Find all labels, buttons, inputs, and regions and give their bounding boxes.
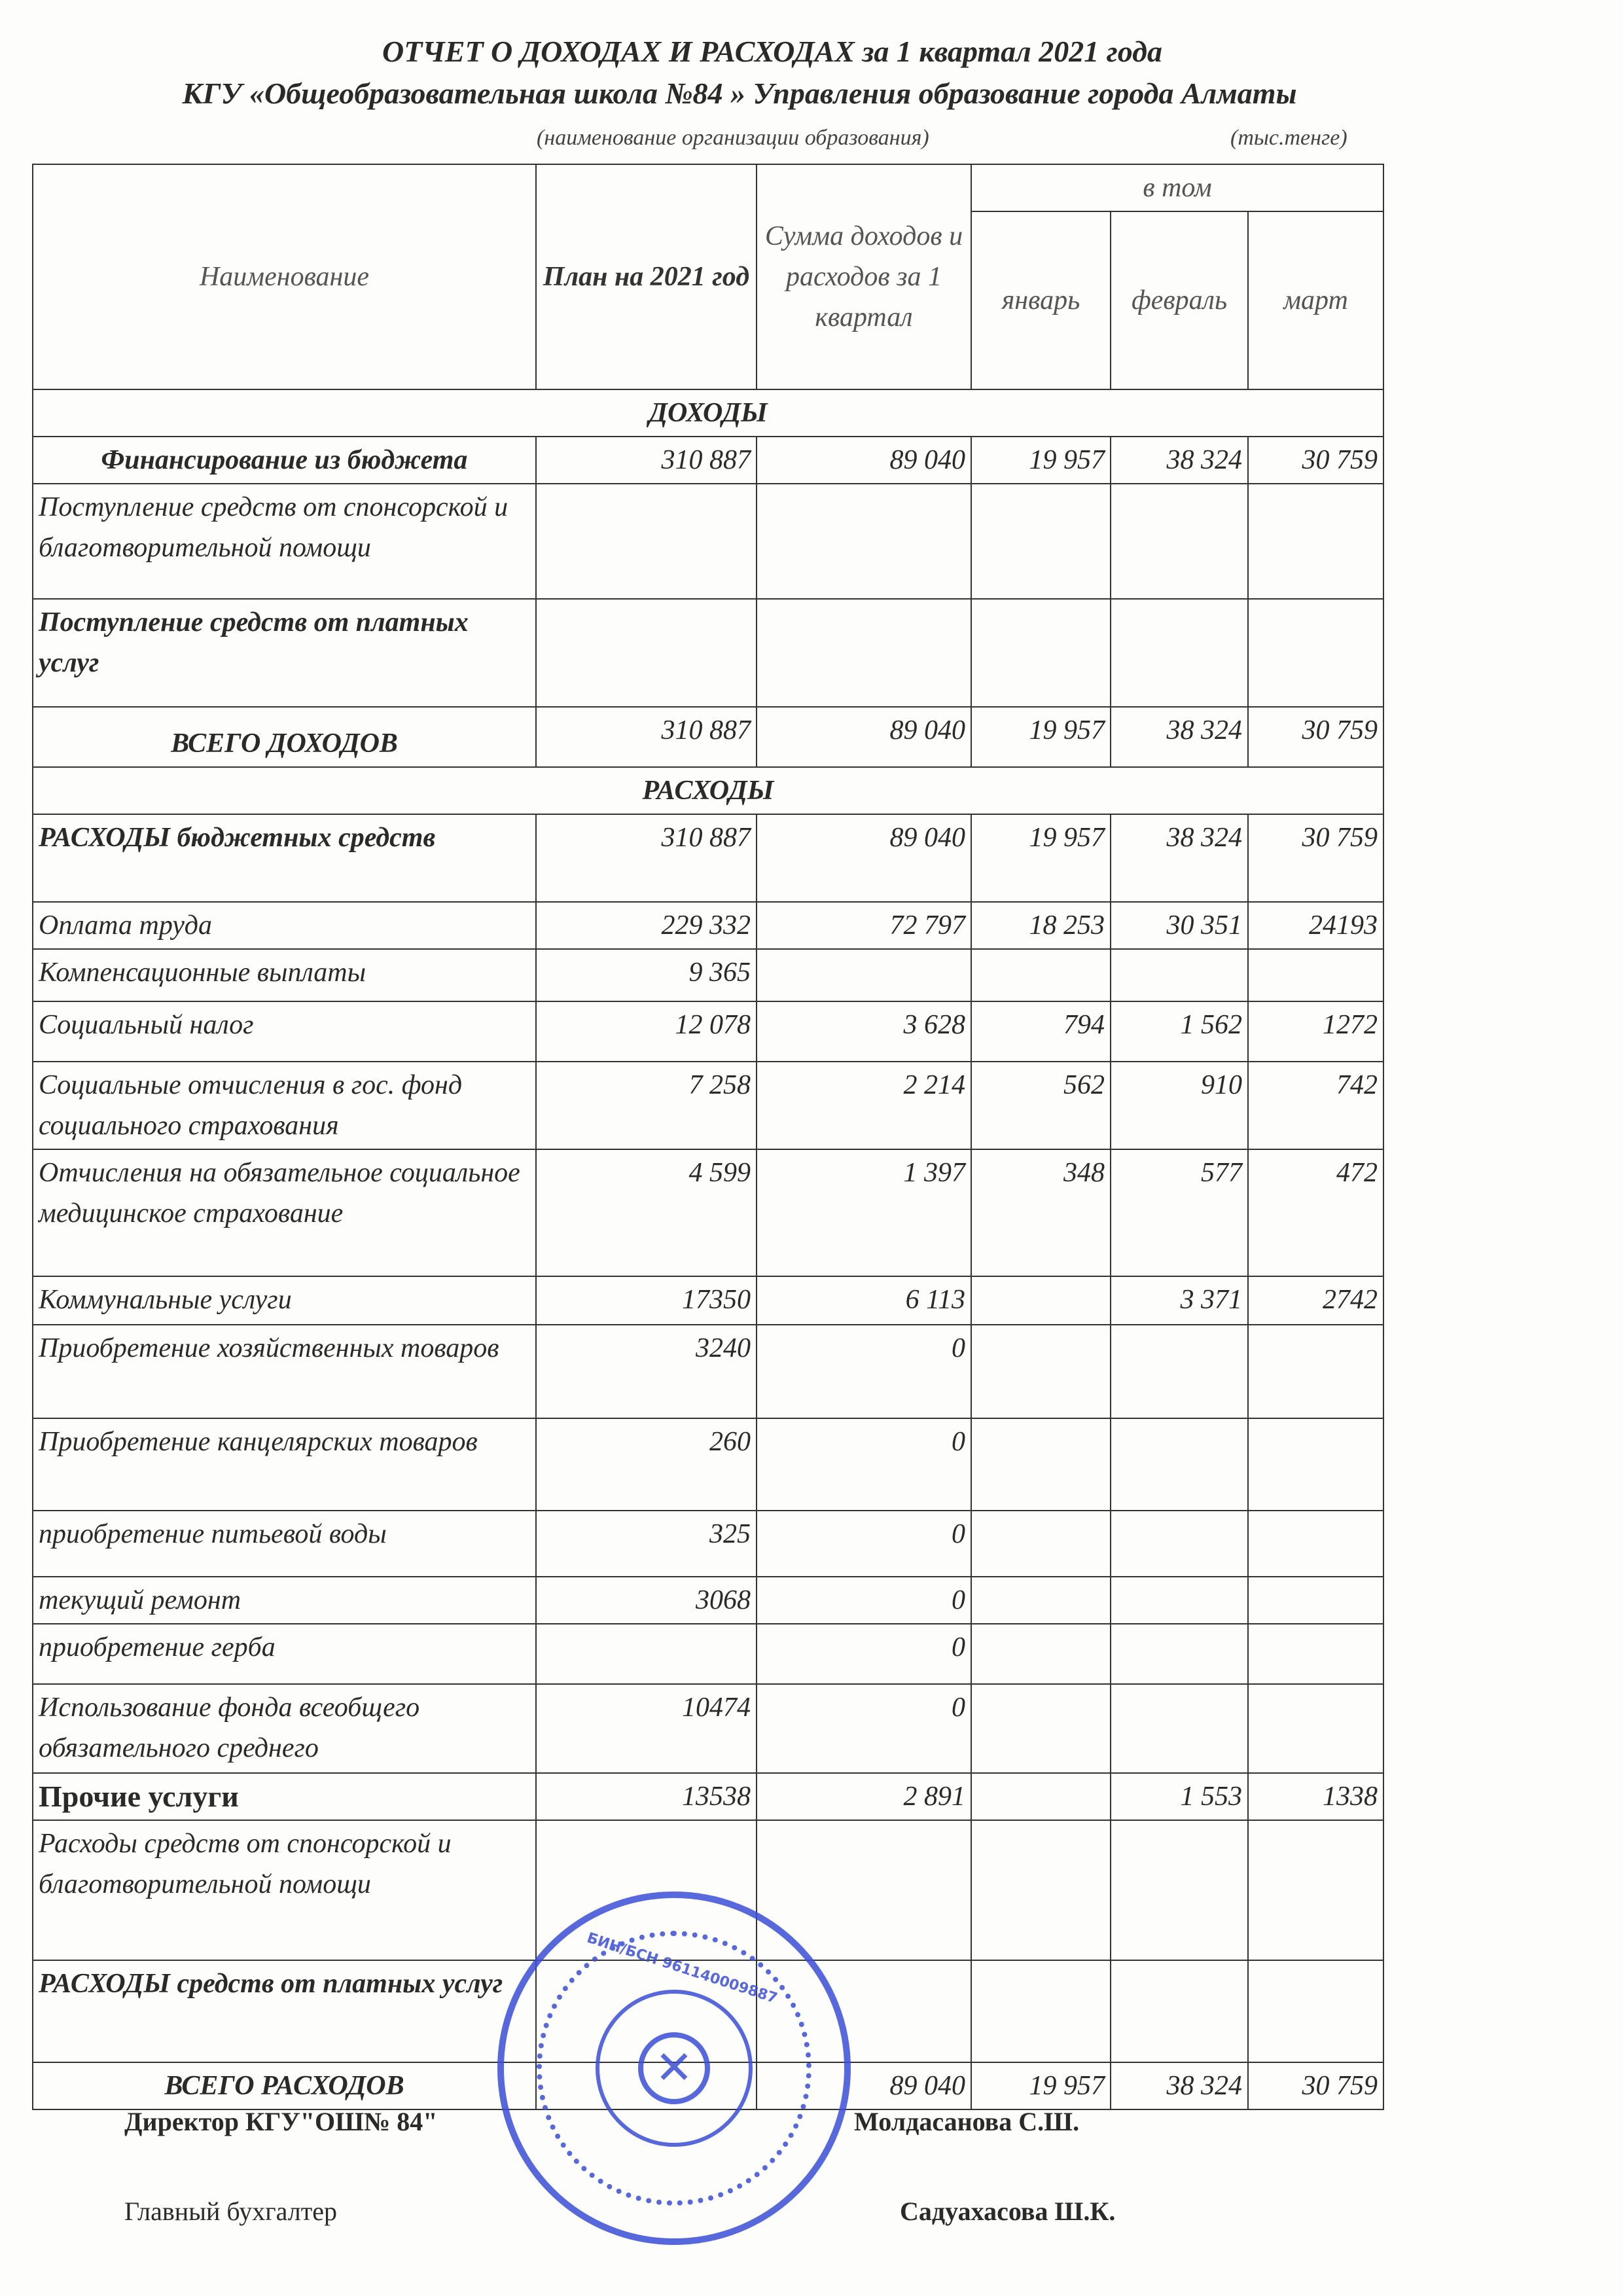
cell-plan: 13538 — [536, 1773, 757, 1820]
accountant-title: Главный бухгалтер — [124, 2196, 337, 2227]
cell-jan: 562 — [971, 1062, 1111, 1149]
cell-sum: 0 — [757, 1577, 971, 1624]
cell-jan: 19 957 — [971, 2062, 1111, 2109]
cell-feb: 38 324 — [1111, 437, 1248, 484]
cell-mar — [1248, 484, 1383, 599]
cell-sum — [757, 949, 971, 1001]
table-row: Приобретение канцелярских товаров2600 — [33, 1418, 1383, 1511]
cell-feb: 38 324 — [1111, 814, 1248, 902]
director-name: Молдасанова С.Ш. — [854, 2106, 1079, 2137]
cell-feb — [1111, 1511, 1248, 1577]
cell-feb — [1111, 484, 1248, 599]
cell-plan: 3240 — [536, 1325, 757, 1418]
cell-sum: 0 — [757, 1325, 971, 1418]
expense-section-label: РАСХОДЫ — [33, 767, 1383, 814]
row-name: ВСЕГО ДОХОДОВ — [33, 707, 536, 767]
report-table: Наименование План на 2021 год Сумма дохо… — [32, 164, 1384, 2110]
table-row: Оплата труда229 33272 79718 25330 351241… — [33, 902, 1383, 949]
cell-feb — [1111, 1624, 1248, 1684]
table-row: приобретение герба0 — [33, 1624, 1383, 1684]
row-name: Финансирование из бюджета — [33, 437, 536, 484]
cell-mar: 472 — [1248, 1149, 1383, 1276]
cell-jan: 18 253 — [971, 902, 1111, 949]
row-name: Приобретение хозяйственных товаров — [33, 1325, 536, 1418]
income-total-row: ВСЕГО ДОХОДОВ310 88789 04019 95738 32430… — [33, 707, 1383, 767]
cell-plan — [536, 1624, 757, 1684]
cell-jan: 19 957 — [971, 814, 1111, 902]
col-header-feb: февраль — [1111, 211, 1248, 389]
cell-feb — [1111, 1684, 1248, 1773]
row-name: Коммунальные услуги — [33, 1276, 536, 1325]
cell-feb: 1 553 — [1111, 1773, 1248, 1820]
official-stamp: БИН/БСН 961140009887 ✕ — [497, 1892, 851, 2245]
cell-jan — [971, 1684, 1111, 1773]
cell-mar: 30 759 — [1248, 437, 1383, 484]
income-section: ДОХОДЫ — [33, 389, 1383, 437]
cell-jan: 794 — [971, 1001, 1111, 1062]
cell-jan — [971, 1511, 1111, 1577]
cell-mar — [1248, 1960, 1383, 2062]
row-name: РАСХОДЫ средств от платных услуг — [33, 1960, 536, 2062]
cell-sum — [757, 484, 971, 599]
cell-feb — [1111, 949, 1248, 1001]
cell-mar — [1248, 1684, 1383, 1773]
cell-sum: 1 397 — [757, 1149, 971, 1276]
cell-sum: 2 891 — [757, 1773, 971, 1820]
table-row: Коммунальные услуги173506 1133 3712742 — [33, 1276, 1383, 1325]
cell-feb: 38 324 — [1111, 2062, 1248, 2109]
cell-mar: 30 759 — [1248, 2062, 1383, 2109]
cell-jan — [971, 1418, 1111, 1511]
cell-mar: 1272 — [1248, 1001, 1383, 1062]
cell-feb: 1 562 — [1111, 1001, 1248, 1062]
cell-jan — [971, 599, 1111, 707]
row-name: Отчисления на обязательное социальное ме… — [33, 1149, 536, 1276]
cell-plan — [536, 484, 757, 599]
cell-feb: 910 — [1111, 1062, 1248, 1149]
cell-mar — [1248, 599, 1383, 707]
row-name: приобретение питьевой воды — [33, 1511, 536, 1577]
table-row: Приобретение хозяйственных товаров32400 — [33, 1325, 1383, 1418]
table-row: Социальные отчисления в гос. фонд социал… — [33, 1062, 1383, 1149]
expense-section: РАСХОДЫ — [33, 767, 1383, 814]
row-name: Социальный налог — [33, 1001, 536, 1062]
col-header-jan: январь — [971, 211, 1111, 389]
row-name: приобретение герба — [33, 1624, 536, 1684]
table-row: Социальный налог12 0783 6287941 5621272 — [33, 1001, 1383, 1062]
cell-mar — [1248, 1511, 1383, 1577]
cell-sum: 89 040 — [757, 707, 971, 767]
row-name: Оплата труда — [33, 902, 536, 949]
cell-jan: 19 957 — [971, 707, 1111, 767]
cell-jan — [971, 1325, 1111, 1418]
cell-sum: 72 797 — [757, 902, 971, 949]
cell-plan: 17350 — [536, 1276, 757, 1325]
cell-feb: 38 324 — [1111, 707, 1248, 767]
cell-sum: 0 — [757, 1624, 971, 1684]
cell-plan: 310 887 — [536, 707, 757, 767]
cell-jan — [971, 1820, 1111, 1960]
row-name: Социальные отчисления в гос. фонд социал… — [33, 1062, 536, 1149]
cell-mar — [1248, 1418, 1383, 1511]
cell-sum — [757, 599, 971, 707]
col-header-plan: План на 2021 год — [536, 164, 757, 389]
organization-caption: (наименование организации образования) — [537, 126, 929, 151]
cell-mar — [1248, 949, 1383, 1001]
cell-feb: 30 351 — [1111, 902, 1248, 949]
cell-sum: 2 214 — [757, 1062, 971, 1149]
cell-jan — [971, 484, 1111, 599]
table-row: Прочие услуги135382 8911 5531338 — [33, 1773, 1383, 1820]
table-row: Компенсационные выплаты9 365 — [33, 949, 1383, 1001]
cell-feb — [1111, 1820, 1248, 1960]
cell-plan: 7 258 — [536, 1062, 757, 1149]
cell-mar: 30 759 — [1248, 814, 1383, 902]
row-name: Поступление средств от платных услуг — [33, 599, 536, 707]
cell-mar: 1338 — [1248, 1773, 1383, 1820]
cell-plan: 3068 — [536, 1577, 757, 1624]
cell-mar — [1248, 1820, 1383, 1960]
cell-feb: 577 — [1111, 1149, 1248, 1276]
cell-jan: 19 957 — [971, 437, 1111, 484]
row-name: Расходы средств от спонсорской и благотв… — [33, 1820, 536, 1960]
cell-mar: 24193 — [1248, 902, 1383, 949]
cell-plan: 4 599 — [536, 1149, 757, 1276]
cell-mar: 742 — [1248, 1062, 1383, 1149]
director-title: Директор КГУ"ОШ№ 84" — [124, 2106, 437, 2137]
row-name: Компенсационные выплаты — [33, 949, 536, 1001]
cell-jan — [971, 1773, 1111, 1820]
cell-plan: 10474 — [536, 1684, 757, 1773]
cell-jan — [971, 1577, 1111, 1624]
cell-mar — [1248, 1325, 1383, 1418]
cell-plan: 325 — [536, 1511, 757, 1577]
cell-mar — [1248, 1577, 1383, 1624]
cell-jan — [971, 1276, 1111, 1325]
cell-feb: 3 371 — [1111, 1276, 1248, 1325]
row-name: Поступление средств от спонсорской и бла… — [33, 484, 536, 599]
cell-sum: 89 040 — [757, 437, 971, 484]
table-row: Использование фонда всеобщего обязательн… — [33, 1684, 1383, 1773]
cell-plan: 310 887 — [536, 814, 757, 902]
table-row: Поступление средств от платных услуг — [33, 599, 1383, 707]
cell-feb — [1111, 1418, 1248, 1511]
row-name: Использование фонда всеобщего обязательн… — [33, 1684, 536, 1773]
cell-jan: 348 — [971, 1149, 1111, 1276]
cell-feb — [1111, 1325, 1248, 1418]
table-row: Финансирование из бюджета310 88789 04019… — [33, 437, 1383, 484]
emblem-center-icon: ✕ — [638, 2032, 710, 2104]
row-name: текущий ремонт — [33, 1577, 536, 1624]
accountant-name: Садуахасова Ш.К. — [900, 2196, 1115, 2227]
table-row: Отчисления на обязательное социальное ме… — [33, 1149, 1383, 1276]
cell-sum: 6 113 — [757, 1276, 971, 1325]
units-label: (тыс.тенге) — [1230, 126, 1347, 151]
cell-plan: 12 078 — [536, 1001, 757, 1062]
col-header-including: в том — [971, 164, 1383, 211]
cell-mar: 2742 — [1248, 1276, 1383, 1325]
cell-plan: 229 332 — [536, 902, 757, 949]
cell-plan: 9 365 — [536, 949, 757, 1001]
cell-sum: 3 628 — [757, 1001, 971, 1062]
cell-jan — [971, 949, 1111, 1001]
cell-mar — [1248, 1624, 1383, 1684]
row-name: Прочие услуги — [33, 1773, 536, 1820]
cell-mar: 30 759 — [1248, 707, 1383, 767]
income-section-label: ДОХОДЫ — [33, 389, 1383, 437]
table-row: текущий ремонт30680 — [33, 1577, 1383, 1624]
cell-feb — [1111, 1960, 1248, 2062]
row-name: Приобретение канцелярских товаров — [33, 1418, 536, 1511]
cell-sum: 0 — [757, 1684, 971, 1773]
table-row: приобретение питьевой воды3250 — [33, 1511, 1383, 1577]
table-row: РАСХОДЫ бюджетных средств310 88789 04019… — [33, 814, 1383, 902]
cell-feb — [1111, 1577, 1248, 1624]
cell-plan: 310 887 — [536, 437, 757, 484]
report-title: ОТЧЕТ О ДОХОДАХ И РАСХОДАХ за 1 квартал … — [118, 34, 1427, 69]
row-name: ВСЕГО РАСХОДОВ — [33, 2062, 536, 2109]
cell-sum: 0 — [757, 1511, 971, 1577]
cell-jan — [971, 1624, 1111, 1684]
row-name: РАСХОДЫ бюджетных средств — [33, 814, 536, 902]
col-header-name: Наименование — [33, 164, 536, 389]
cell-jan — [971, 1960, 1111, 2062]
cell-sum: 89 040 — [757, 814, 971, 902]
cell-sum: 0 — [757, 1418, 971, 1511]
col-header-mar: март — [1248, 211, 1383, 389]
cell-feb — [1111, 599, 1248, 707]
col-header-sum: Сумма доходов и расходов за 1 квартал — [757, 164, 971, 389]
cell-plan: 260 — [536, 1418, 757, 1511]
organization-name: КГУ «Общеобразовательная школа №84 » Упр… — [85, 76, 1394, 111]
cell-plan — [536, 599, 757, 707]
table-row: Поступление средств от спонсорской и бла… — [33, 484, 1383, 599]
